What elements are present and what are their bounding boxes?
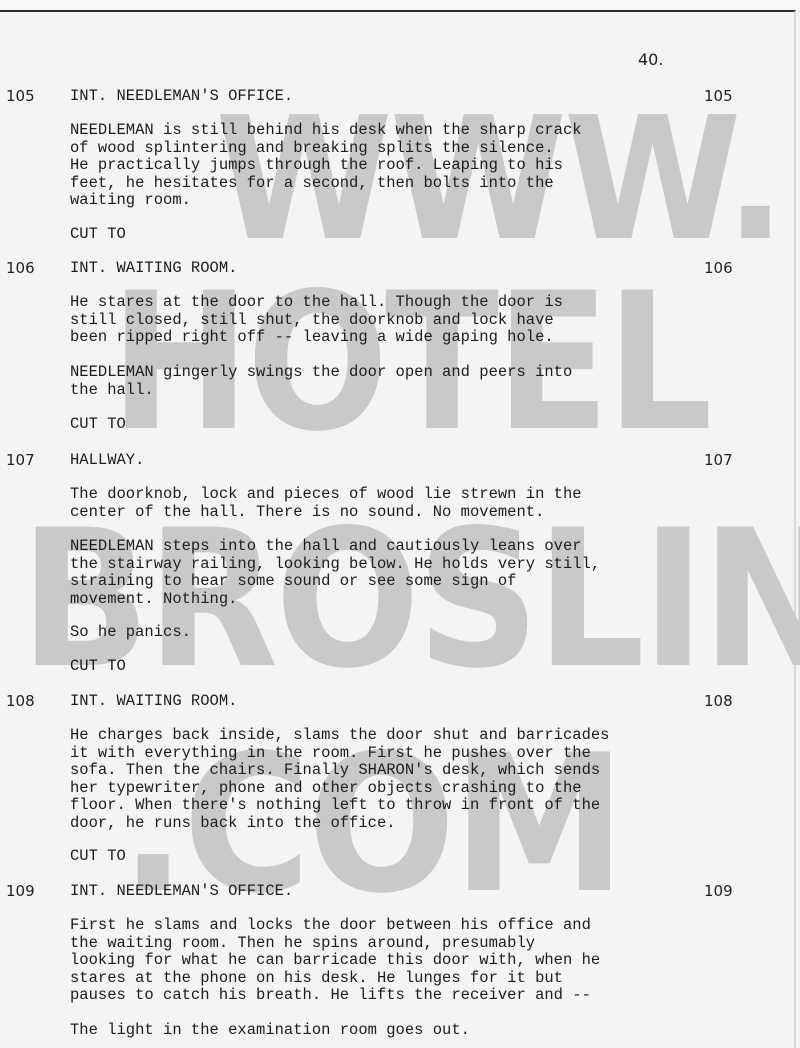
scene-heading: INT. WAITING ROOM. [70,260,237,278]
scene-heading: INT. WAITING ROOM. [70,693,237,711]
scene-number-left: 107 [6,451,35,469]
scene-heading: INT. NEEDLEMAN'S OFFICE. [70,883,293,901]
action-paragraph: He stares at the door to the hall. Thoug… [70,294,730,347]
transition: CUT TO [70,226,730,244]
scene-number-left: 109 [6,882,35,900]
scene-heading: INT. NEEDLEMAN'S OFFICE. [70,88,293,106]
scene-number-right: 108 [704,692,733,710]
scene-number-left: 106 [6,259,35,277]
transition: CUT TO [70,658,730,676]
action-paragraph: The doorknob, lock and pieces of wood li… [70,486,730,521]
scene-number-right: 109 [704,882,733,900]
scene-heading: HALLWAY. [70,452,144,470]
action-paragraph: NEEDLEMAN gingerly swings the door open … [70,364,730,399]
page-content: 40. 105 INT. NEEDLEMAN'S OFFICE. 105 NEE… [0,0,800,1048]
scene-number-right: 106 [704,259,733,277]
action-paragraph: NEEDLEMAN is still behind his desk when … [70,122,730,210]
action-paragraph: First he slams and locks the door betwee… [70,917,730,1005]
scene-number-left: 108 [6,692,35,710]
transition: CUT TO [70,416,730,434]
scene-number-left: 105 [6,87,35,105]
action-paragraph: So he panics. [70,624,730,642]
transition: CUT TO [70,848,730,866]
page-number: 40. [638,50,663,69]
scene-number-right: 105 [704,87,733,105]
action-paragraph: NEEDLEMAN steps into the hall and cautio… [70,538,730,608]
scene-number-right: 107 [704,451,733,469]
action-paragraph: He charges back inside, slams the door s… [70,727,730,832]
action-paragraph: The light in the examination room goes o… [70,1022,730,1040]
